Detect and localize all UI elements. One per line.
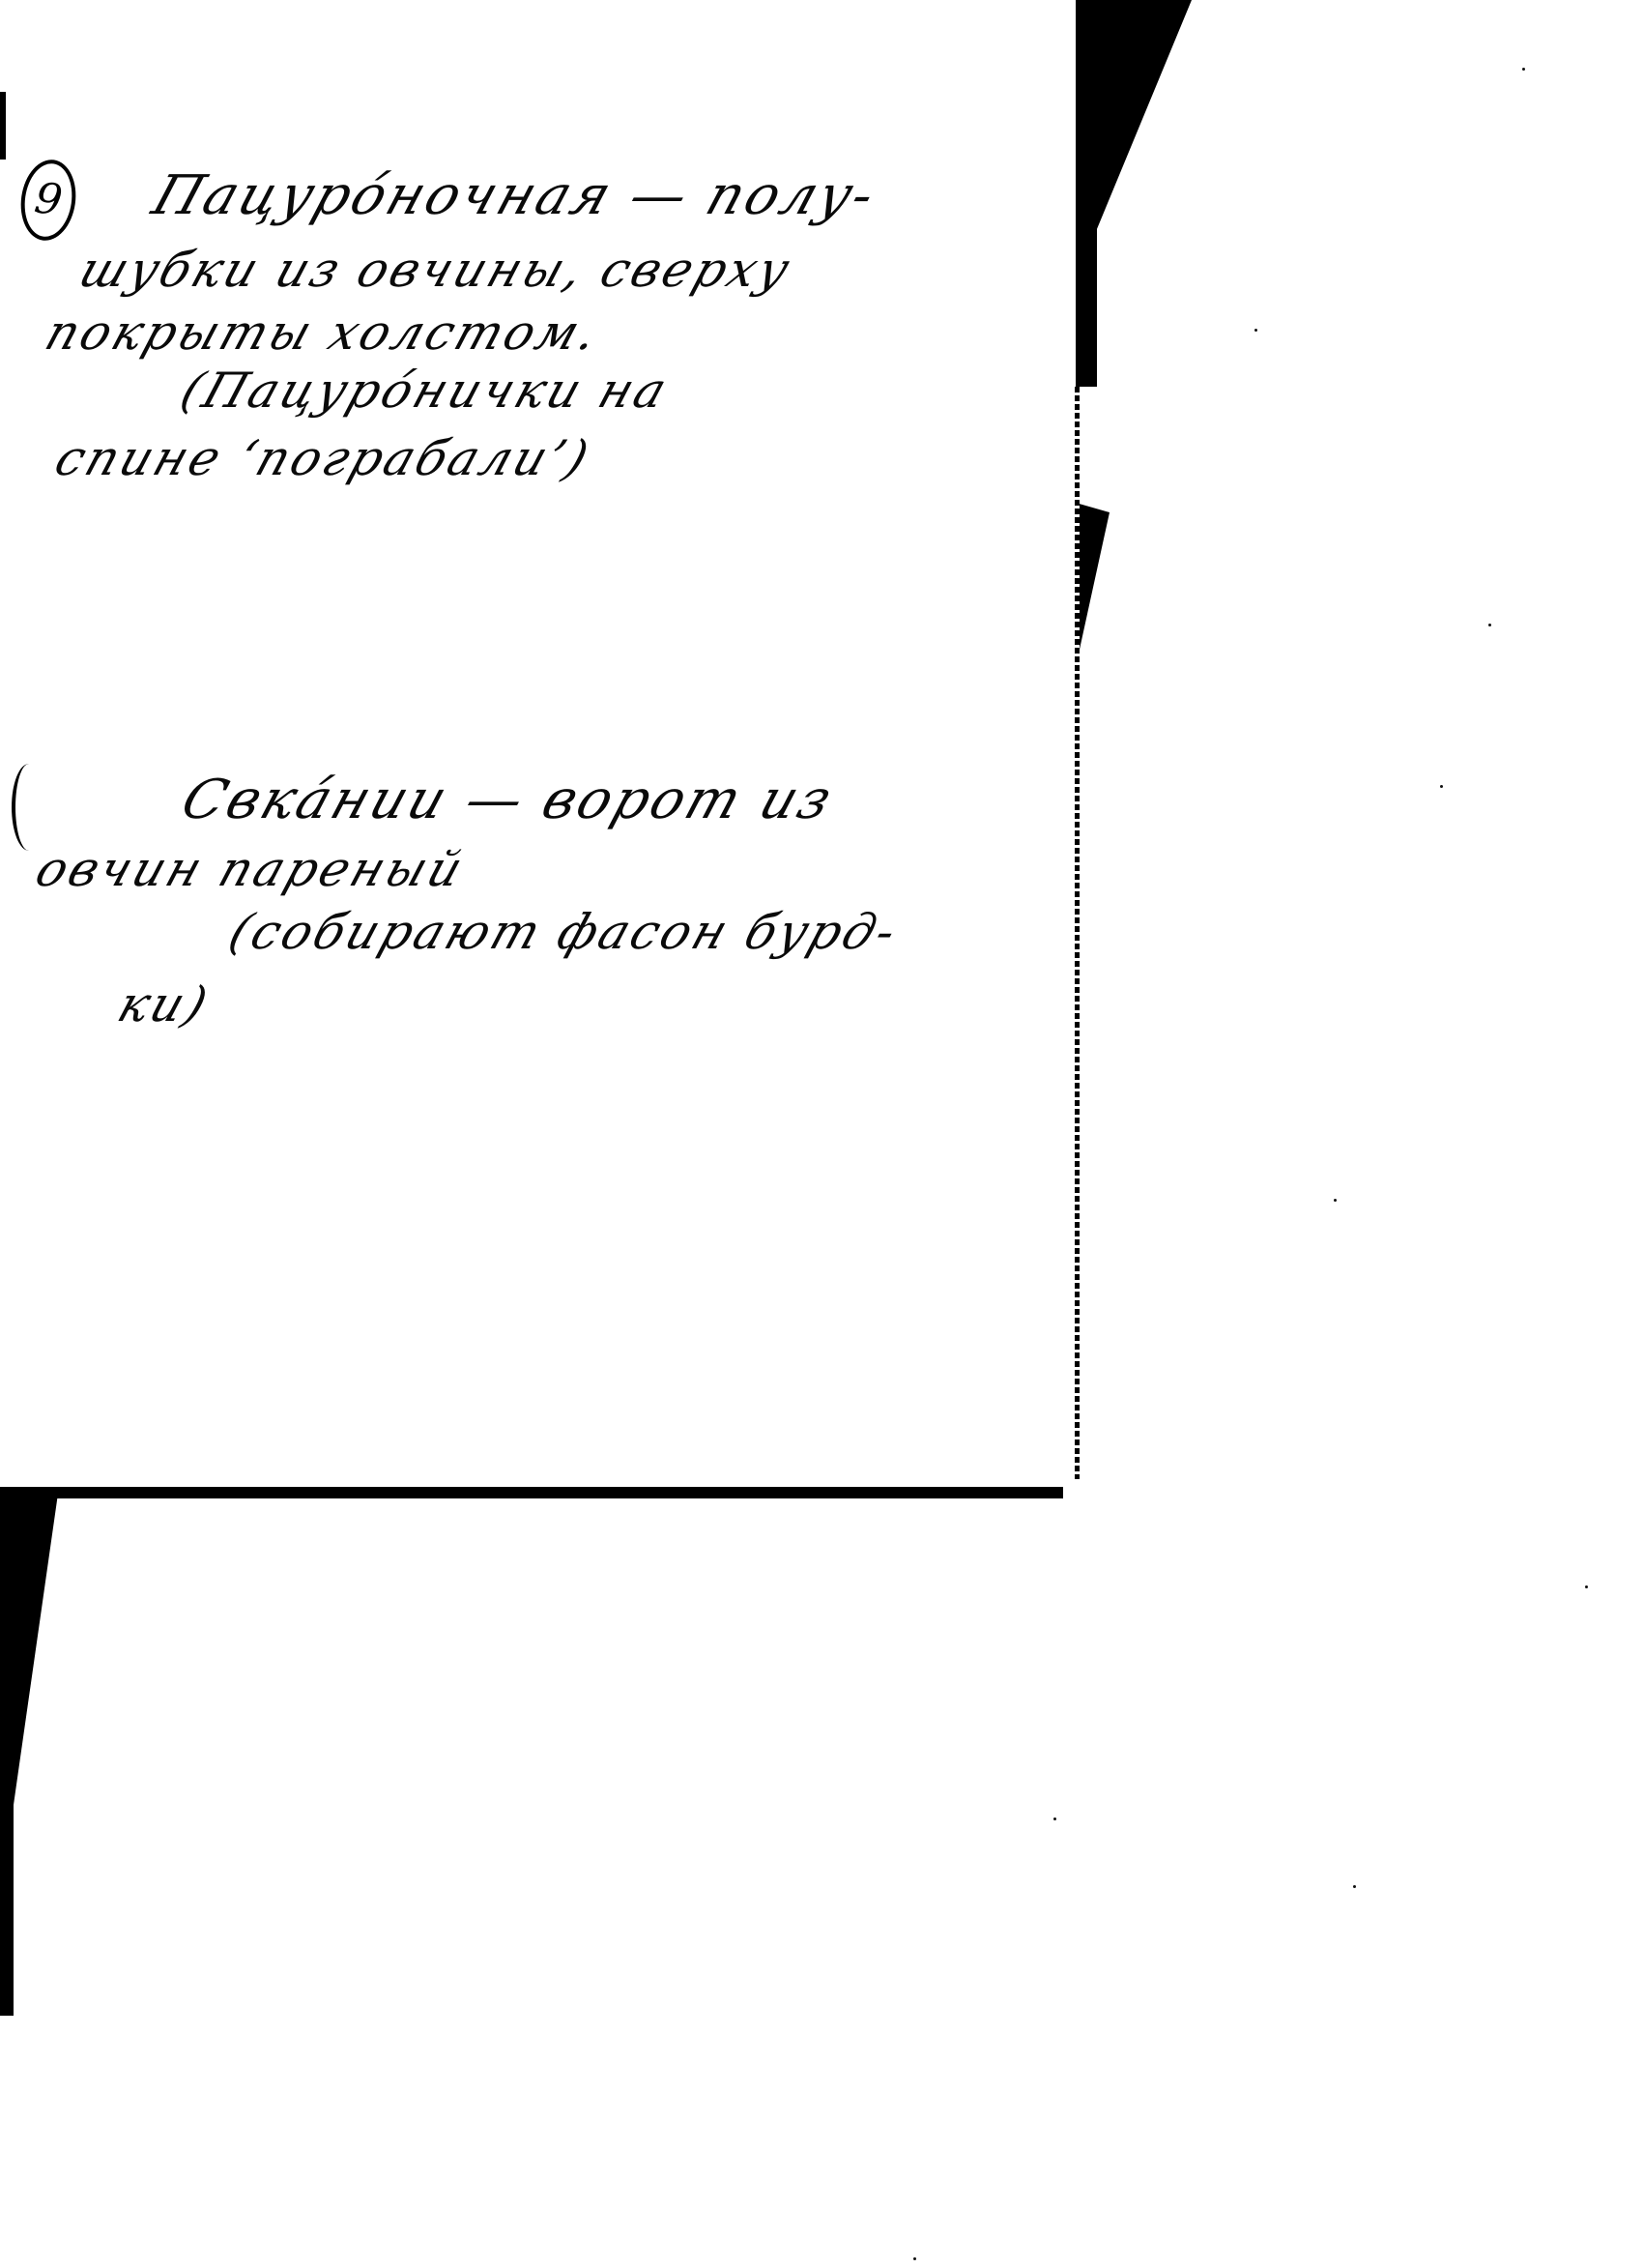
dust-speck <box>1488 624 1491 626</box>
scan-shadow-right-middle <box>1076 503 1110 667</box>
scan-shadow-right-top <box>1076 0 1192 280</box>
scanned-page: 9 Пацуро́ночная — полу- шубки из овчины,… <box>0 0 1643 2268</box>
entry-2-line-4: ки) <box>111 976 216 1032</box>
entry-9-line-5: спине ‘пограбали’) <box>48 430 598 486</box>
dust-speck <box>1585 1585 1588 1588</box>
dust-speck <box>1254 329 1257 332</box>
page-edge-vertical <box>1075 387 1080 1479</box>
entry-number-parenthesized <box>12 764 46 851</box>
dust-speck <box>1440 785 1443 788</box>
entry-2-line-1: Свка́нии — ворот из <box>174 769 842 831</box>
dust-speck <box>1353 1885 1356 1888</box>
scan-shadow-bottom-left-strip <box>0 1494 14 2016</box>
entry-9-line-1: Пацуро́ночная — полу- <box>145 164 885 227</box>
dust-speck <box>913 2257 916 2260</box>
entry-9-line-4: (Пацуро́нички на <box>174 363 677 419</box>
dust-speck <box>1053 1817 1056 1820</box>
entry-2-line-2: овчин пареный <box>29 841 473 897</box>
entry-2-line-3: (собирают фасон бурд- <box>222 904 906 960</box>
page-edge-horizontal <box>0 1487 1063 1498</box>
entry-9-line-2: шубки из овчины, сверху <box>72 242 799 298</box>
dust-speck <box>1334 1199 1337 1202</box>
scan-shadow-left-top <box>0 92 6 160</box>
entry-9-line-3: покрыты холстом. <box>39 305 608 361</box>
dust-speck <box>1522 68 1525 71</box>
entry-number-circled: 9 <box>15 157 80 245</box>
